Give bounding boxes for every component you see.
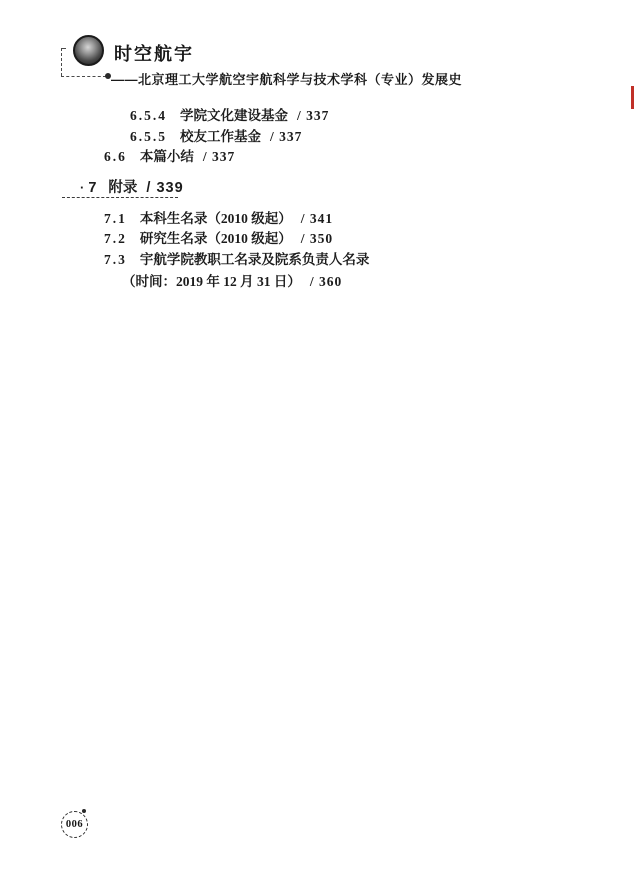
series-title: 时空航宇 [114, 40, 194, 66]
toc-entry-title: （时间：2019 年 12 月 31 日） [122, 274, 301, 289]
globe-logo-icon [73, 35, 104, 66]
toc-entry-number: 6.6 [104, 149, 127, 164]
toc-entry-title: 附录 [108, 180, 137, 196]
toc-entry-title: 本科生名录（2010 级起） [140, 211, 292, 226]
header-bracket-line [61, 48, 66, 76]
page-number-badge: 006 [61, 811, 88, 838]
toc-entry-number: 6.5.5 [130, 129, 167, 144]
toc-entry: 6.5.5校友工作基金/ 337 [130, 128, 302, 145]
toc-entry-title: 校友工作基金 [180, 129, 261, 144]
toc-entry: 7.1本科生名录（2010 级起）/ 341 [104, 210, 333, 227]
toc-entry-page: / 339 [146, 180, 183, 196]
toc-entry-number: 7.3 [104, 252, 127, 267]
folio-dot-icon [82, 809, 86, 813]
header-bracket-line-horizontal [61, 76, 106, 78]
toc-entry-page: / 341 [301, 211, 333, 226]
toc-entry: 7.2研究生名录（2010 级起）/ 350 [104, 230, 333, 247]
toc-entry: 6.5.4学院文化建设基金/ 337 [130, 107, 329, 124]
toc-chapter-entry: ·7附录/ 339 [80, 179, 184, 197]
toc-entry-title: 学院文化建设基金 [180, 108, 288, 123]
toc-entry-page: / 360 [310, 274, 342, 289]
toc-entry-page: / 337 [297, 108, 329, 123]
page-number: 006 [66, 819, 83, 830]
toc-entry-number: 7 [88, 180, 96, 196]
toc-entry-page: / 337 [203, 149, 235, 164]
book-page: 时空航宇 ——北京理工大学航空宇航科学与技术学科（专业）发展史 6.5.4学院文… [0, 0, 634, 885]
toc-entry-number: 6.5.4 [130, 108, 167, 123]
toc-entry-page: / 350 [301, 231, 333, 246]
series-subtitle: ——北京理工大学航空宇航科学与技术学科（专业）发展史 [111, 69, 462, 88]
toc-entry-title: 研究生名录（2010 级起） [140, 231, 292, 246]
toc-entry-number: 7.2 [104, 231, 127, 246]
toc-entry-number: 7.1 [104, 211, 127, 226]
chapter-bullet: · [80, 180, 84, 195]
toc-entry: 7.3宇航学院教职工名录及院系负责人名录 [104, 251, 378, 268]
toc-entry-title: 本篇小结 [140, 149, 194, 164]
toc-entry-page: / 337 [270, 129, 302, 144]
toc-entry-title: 宇航学院教职工名录及院系负责人名录 [140, 252, 370, 267]
chapter-dashed-underline [62, 197, 178, 199]
toc-entry: 6.6本篇小结/ 337 [104, 148, 235, 165]
toc-entry-continuation: （时间：2019 年 12 月 31 日）/ 360 [122, 273, 342, 290]
